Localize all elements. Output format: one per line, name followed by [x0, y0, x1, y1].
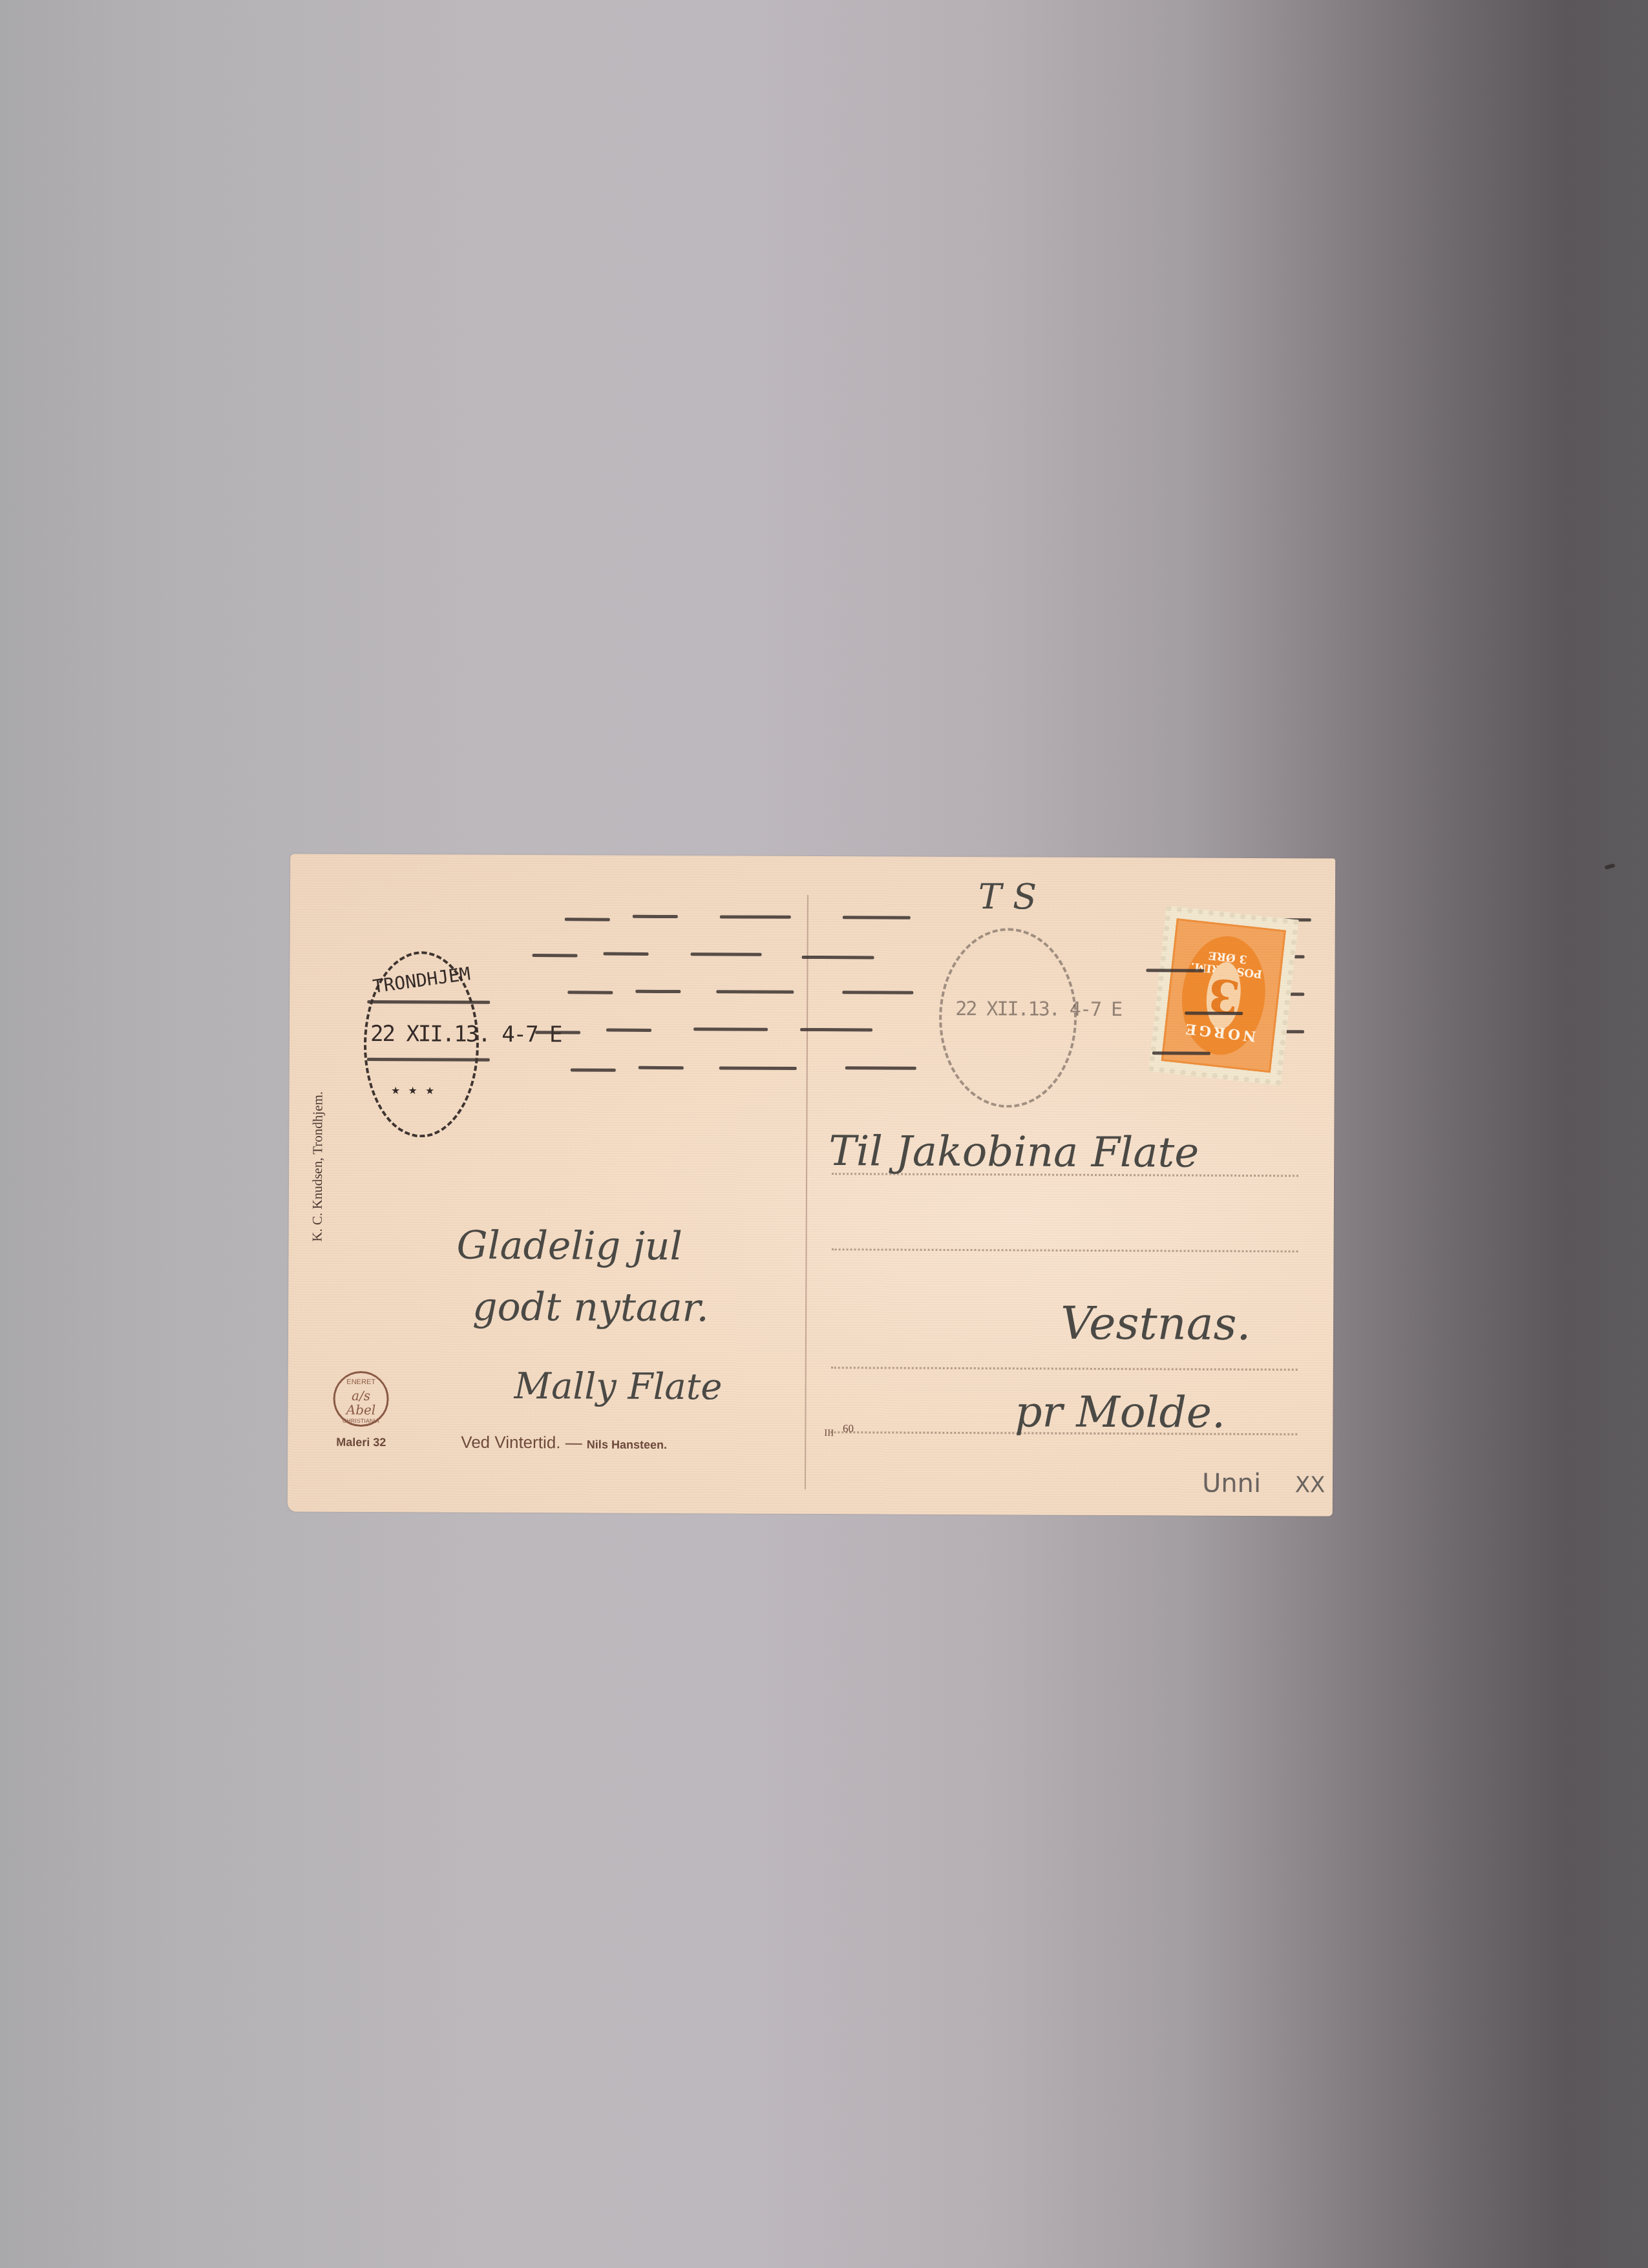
- print-code: III 60: [824, 1426, 854, 1439]
- center-divider-line: [805, 895, 808, 1489]
- address-place: Vestnas.: [1061, 1297, 1251, 1350]
- message-signature: Mally Flate: [514, 1365, 722, 1408]
- pencil-note: Unni XX: [1202, 1469, 1326, 1499]
- scanner-dust-mark: [1604, 863, 1615, 870]
- copyright-seal: ENERET a/s Abel CHRISTIANIA: [333, 1371, 388, 1427]
- postcard: K. C. Knudsen, Trondhjem. TRONDHJEM 22 X…: [288, 854, 1335, 1516]
- address-line-3: [831, 1367, 1298, 1370]
- postage-stamp: POSTFRIM. 3 ØRE 3 NORGE: [1148, 905, 1299, 1086]
- message-line-2: godt nytaar.: [472, 1285, 709, 1331]
- postmark-left: TRONDHJEM 22 XII.13. 4-7 E ★ ★ ★: [290, 854, 1335, 858]
- stamp-cancel-bar: [1185, 1012, 1243, 1015]
- postmark-rule-top: [367, 1000, 490, 1004]
- address-initials: T S: [978, 876, 1037, 917]
- caption-series: Maleri 32: [336, 1436, 386, 1449]
- address-recipient: Til Jakobina Flate: [829, 1128, 1199, 1177]
- publisher-imprint: K. C. Knudsen, Trondhjem.: [310, 1091, 326, 1242]
- postmark-date: 22 XII.13. 4-7 E: [370, 1021, 562, 1047]
- stamp-cancel-bar: [1146, 969, 1204, 972]
- stamp-cancel-bar: [1152, 1051, 1210, 1055]
- postmark-rule-bottom: [367, 1058, 490, 1062]
- address-post-office: pr Molde.: [1015, 1387, 1225, 1437]
- machine-cancel-bars: [290, 854, 1335, 858]
- postmark-right: 22 XII.13. 4-7 E: [290, 854, 1335, 858]
- pencil-note-text: Unni: [1202, 1469, 1261, 1498]
- message-line-1: Gladelig jul: [456, 1223, 682, 1270]
- stamp-value: 3: [1205, 967, 1242, 1024]
- postmark-right-date: 22 XII.13. 4-7 E: [955, 998, 1121, 1021]
- caption-artist: Nils Hansteen.: [587, 1438, 667, 1451]
- caption-dash: —: [565, 1433, 582, 1452]
- print-code-right: 60: [843, 1422, 854, 1434]
- caption-title-block: Ved Vintertid. — Nils Hansteen.: [461, 1433, 667, 1453]
- seal-bottom-text: CHRISTIANIA: [335, 1418, 386, 1425]
- caption-title: Ved Vintertid.: [461, 1433, 560, 1453]
- print-code-left: III: [824, 1428, 834, 1438]
- pencil-note-mark: XX: [1295, 1472, 1326, 1498]
- seal-top-text: ENERET: [335, 1378, 387, 1386]
- stamp-country: NORGE: [1178, 1020, 1262, 1045]
- seal-middle-text: a/s Abel: [335, 1389, 386, 1417]
- address-line-2: [832, 1248, 1298, 1252]
- postmark-stars: ★ ★ ★: [392, 1082, 434, 1098]
